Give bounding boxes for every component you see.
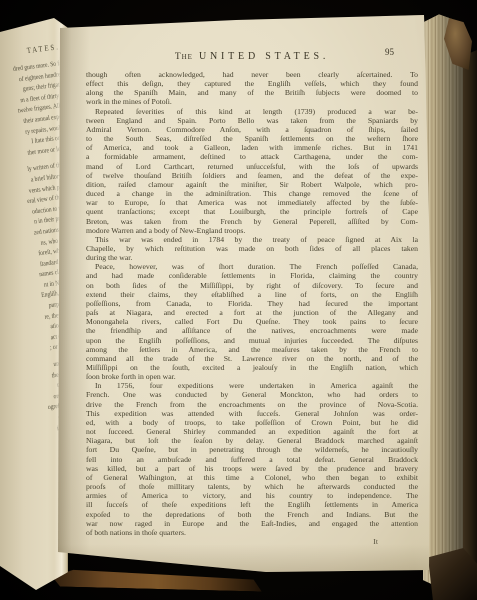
- text-line: upon the Engliſh poſſeſſions, and mutual…: [86, 336, 418, 345]
- text-line: Repeated ſeverities of this kind at leng…: [86, 107, 418, 116]
- text-line: of General Waſhington, at this time a Co…: [86, 473, 418, 482]
- text-line: of America, and took a Galleon, laden wi…: [86, 143, 418, 152]
- text-line: of twelve thouſand Britiſh ſoldiers and …: [86, 171, 418, 180]
- text-line: poſſeſſions, from Canada, to Florida. Th…: [86, 299, 418, 308]
- right-page: TheUNITED STATES. 95 though often acknow…: [56, 12, 434, 578]
- text-line: tween England and Spain. Porto Bello was…: [86, 116, 418, 125]
- text-line: during the war.: [86, 253, 418, 262]
- text-line: a formidable armament, deſtined to attac…: [86, 152, 418, 161]
- running-header-the: The: [175, 52, 193, 62]
- text-line: expoſed to the depredations of both the …: [86, 510, 418, 519]
- text-line: ed, with a body of troops, to take poſſe…: [86, 418, 418, 427]
- text-line: French. One was conducted by General Mon…: [86, 390, 418, 399]
- text-line: though often acknowledged, had never bee…: [86, 70, 418, 79]
- paragraph: though often acknowledged, had never bee…: [86, 70, 418, 107]
- paragraph: ly written of the ſituaa brief hiſtory o…: [0, 159, 68, 362]
- paragraph: In 1756, four expeditions were undertake…: [86, 381, 418, 537]
- text-line: This war was ended in 1784 by the treaty…: [86, 235, 418, 244]
- left-page-body: dred guns more. So faof eighteen hundred…: [0, 59, 68, 549]
- text-line: drive the French from the encroachments …: [86, 400, 418, 409]
- text-line: command all the trade of the St. Lawrenc…: [86, 354, 418, 363]
- page-content: TheUNITED STATES. 95 though often acknow…: [56, 12, 434, 578]
- text-line: This expedition was attended with ſucceſ…: [86, 409, 418, 418]
- catchword: It: [86, 537, 418, 547]
- text-line: was killed, but a part of his troops wer…: [86, 464, 418, 473]
- text-line: mand of Lord Carthcart, returned unſucce…: [86, 162, 418, 171]
- bottom-right-book-corner: [428, 548, 477, 600]
- text-line: quent tranſactions; except that Louiſbur…: [86, 207, 418, 216]
- paragraph: Repeated ſeverities of this kind at leng…: [86, 107, 418, 235]
- page-body-text: though often acknowledged, had never bee…: [86, 70, 418, 537]
- text-line: war to Europe, ſo that America was not i…: [86, 198, 418, 207]
- text-line: ſoon broke forth in open war.: [86, 372, 418, 381]
- paragraph: dred guns more. So faof eighteen hundred…: [0, 59, 68, 168]
- left-page-edge: TATES. dred guns more. So faof eighteen …: [0, 18, 68, 590]
- text-line: proofs of thoſe millitary talents, by wh…: [86, 482, 418, 491]
- text-line: duced a change in the adminiſtration. Th…: [86, 189, 418, 198]
- paragraph: aimed a right of carrerica. In the conte…: [0, 445, 68, 512]
- text-line: along the Spaniſh Main, and many of the …: [86, 88, 418, 97]
- text-line: modore Warren and a body of New-England …: [86, 226, 418, 235]
- text-line: In 1756, four expeditions were undertake…: [86, 381, 418, 390]
- running-header-title: UNITED STATES.: [199, 51, 329, 62]
- text-line: Miſſiſſippi on the ſouth, excited a jeal…: [86, 363, 418, 372]
- text-line: fort Du Queſne, but in penetrating throu…: [86, 445, 418, 454]
- text-line: work in the mines of Potoſi.: [86, 97, 418, 106]
- running-header: TheUNITED STATES. 95: [86, 46, 418, 59]
- text-line: Peace, however, was of ſhort duration. T…: [86, 262, 418, 271]
- text-line: effect this deſign, they captured the En…: [86, 79, 418, 88]
- text-line: to the South Seas, diſtreſſed the Spaniſ…: [86, 134, 418, 143]
- text-line: Breton, was taken from the French by Gen…: [86, 217, 418, 226]
- page-number: 95: [385, 47, 394, 57]
- left-page-text-fragments: TATES. dred guns more. So faof eighteen …: [0, 42, 68, 566]
- text-line: fell into an ambuſcade and ſuffered a to…: [86, 455, 418, 464]
- paragraph: Peace, however, was of ſhort duration. T…: [86, 262, 418, 381]
- text-line: Niagara, but loſt the ſeaſon by delay. G…: [86, 436, 418, 445]
- text-line: and had made conſiderable ſettlements in…: [86, 271, 418, 280]
- cover-board-sliver: [52, 568, 262, 591]
- paragraph: untry were involvedthe bartering of a fe…: [0, 355, 68, 453]
- text-line: Chapelle, by which reſtitution was made …: [86, 244, 418, 253]
- text-line: Admiral Vernon. Commodore Anſon, with a …: [86, 125, 418, 134]
- text-line: ill ſucceſs of theſe expeditions left th…: [86, 500, 418, 509]
- text-line: armies of America to victory, and his co…: [86, 491, 418, 500]
- text-line: extend their claims, they eſtabliſhed a …: [86, 290, 418, 299]
- text-line: war now raged in Europe and the Eaſt-Ind…: [86, 519, 418, 528]
- text-line: paſs at Niagara, and erected a fort at t…: [86, 308, 418, 317]
- text-line: on both ſides of the Miſſiſſippi, by rig…: [86, 281, 418, 290]
- text-line: the friendſhip and aſſiſtance of the nat…: [86, 326, 418, 335]
- text-line: not ſucceed. General Shirley commanded a…: [86, 427, 418, 436]
- text-line: among the ſettlers in America, and the m…: [86, 345, 418, 354]
- text-line: of both nations in thoſe quarters.: [86, 528, 418, 537]
- paragraph: This war was ended in 1784 by the treaty…: [86, 235, 418, 262]
- text-line: Monongahela rivers, called Fort Du Queſn…: [86, 317, 418, 326]
- text-line: dition, raiſed clamour againſt the miniſ…: [86, 180, 418, 189]
- book-photo: TATES. dred guns more. So faof eighteen …: [0, 0, 477, 600]
